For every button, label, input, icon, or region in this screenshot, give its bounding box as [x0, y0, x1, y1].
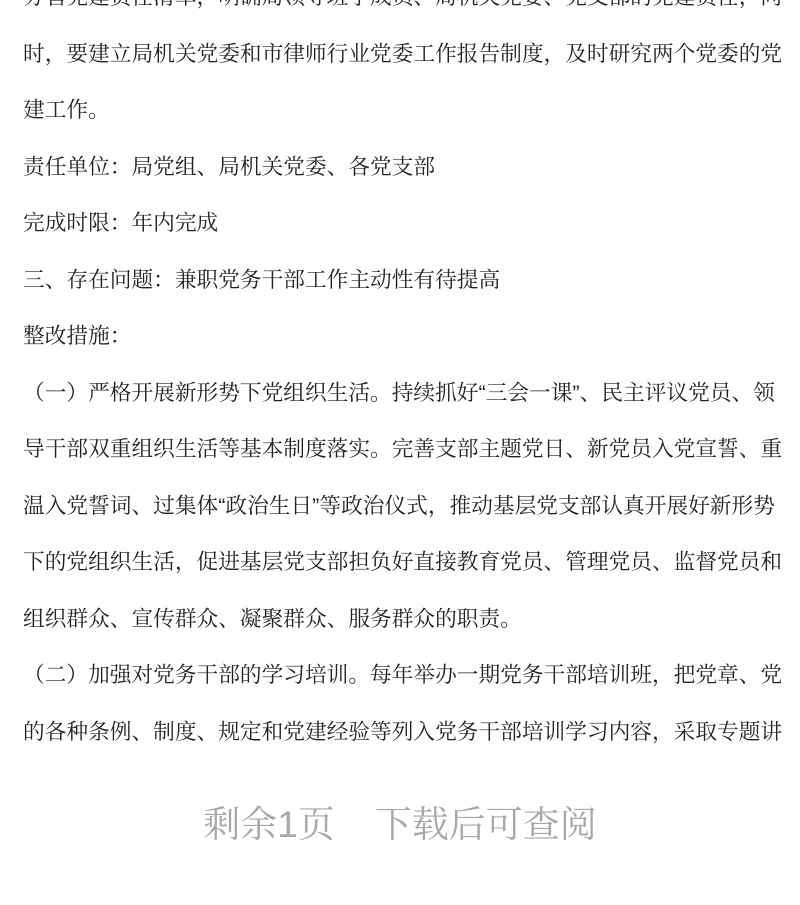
document-line: 的各种条例、制度、规定和党建经验等列入党务干部培训学习内容，采取专题讲 [23, 704, 779, 761]
document-page: 分管党建责任清单，明确局领导班子成员、局机关党委、党支部的党建责任，同 时，要建… [0, 0, 800, 905]
document-line: 时，要建立局机关党委和市律师行业党委工作报告制度，及时研究两个党委的党 [23, 26, 779, 83]
download-hint-text: 下载后可查阅 [375, 800, 597, 850]
document-line: 完成时限：年内完成 [23, 195, 779, 252]
document-line: 下的党组织生活，促进基层党支部担负好直接教育党员、管理党员、监督党员和 [23, 534, 779, 591]
remaining-pages-text: 剩余1页 [203, 800, 335, 850]
document-line: 建工作。 [23, 82, 779, 139]
document-line: 三、存在问题：兼职党务干部工作主动性有待提高 [23, 252, 779, 309]
document-line: 组织群众、宣传群众、凝聚群众、服务群众的职责。 [23, 591, 779, 648]
document-line: （二）加强对党务干部的学习培训。每年举办一期党务干部培训班，把党章、党 [23, 647, 779, 704]
document-line: 整改措施： [23, 308, 779, 365]
document-body: 分管党建责任清单，明确局领导班子成员、局机关党委、党支部的党建责任，同 时，要建… [23, 0, 779, 760]
document-line: 责任单位：局党组、局机关党委、各党支部 [23, 139, 779, 196]
document-line: 温入党誓词、过集体“政治生日”等政治仪式，推动基层党支部认真开展好新形势 [23, 478, 779, 535]
document-line: 分管党建责任清单，明确局领导班子成员、局机关党委、党支部的党建责任，同 [23, 0, 779, 26]
document-line: 导干部双重组织生活等基本制度落实。完善支部主题党日、新党员入党宣誓、重 [23, 421, 779, 478]
preview-footer: 剩余1页 下载后可查阅 [0, 800, 800, 850]
document-line: （一）严格开展新形势下党组织生活。持续抓好“三会一课”、民主评议党员、领 [23, 365, 779, 422]
